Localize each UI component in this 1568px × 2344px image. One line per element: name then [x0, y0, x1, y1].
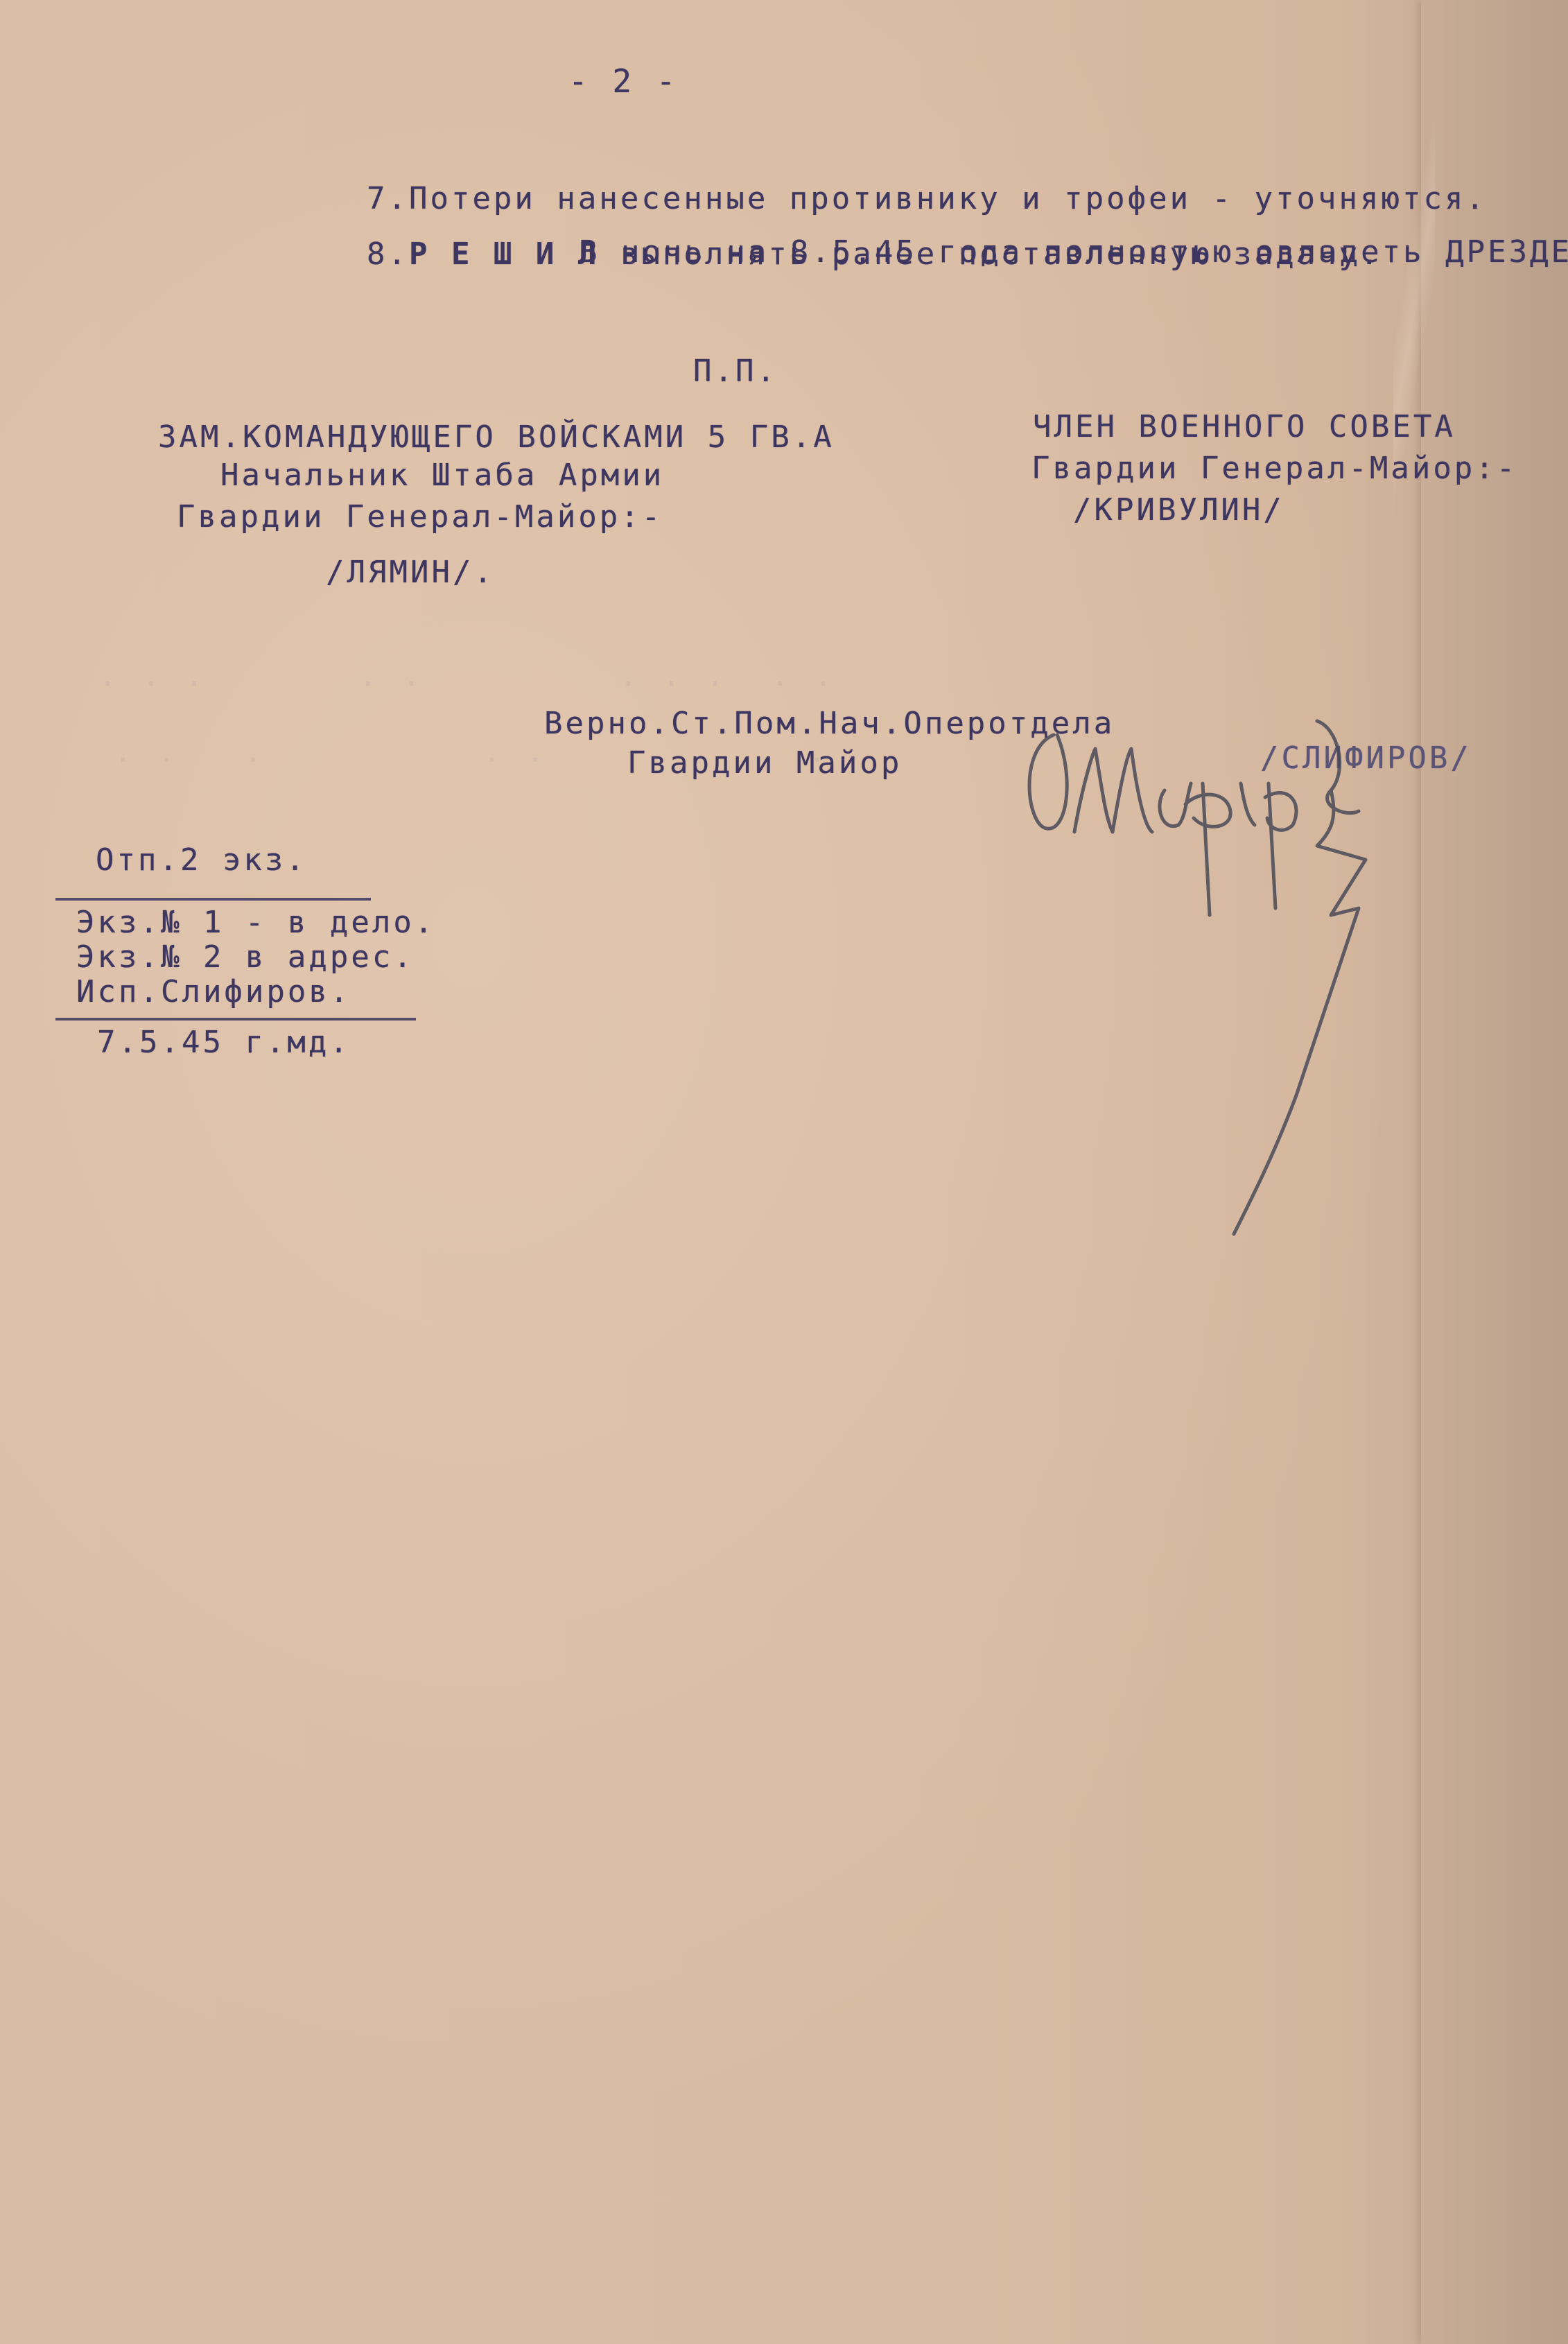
document-date: 7.5.45 г.мд. [97, 1025, 351, 1060]
signatory-right-rank: Гвардии Генерал-Майор:- [1031, 451, 1517, 486]
item-8-heading: Р Е Ш И Л [409, 236, 599, 272]
item-8-number: 8. [367, 236, 409, 272]
footer-rule-bottom [55, 1018, 416, 1021]
footer-rule-top [55, 898, 371, 901]
signatory-right-title: ЧЛЕН ВОЕННОГО СОВЕТА [1033, 409, 1456, 444]
signatory-left-name: /ЛЯМИН/. [326, 555, 495, 590]
executor: Исп.Слифиров. [76, 974, 351, 1009]
copy-1-destination: Экз.№ 1 - в дело. [76, 905, 435, 940]
signatory-left-position: Начальник Штаба Армии [220, 458, 664, 493]
bleed-through-text: . . . . . . . . . . [55, 659, 836, 693]
page-number: - 2 - [568, 62, 678, 100]
copies-count: Отп.2 экз. [96, 842, 307, 878]
signatory-left-rank: Гвардии Генерал-Майор:- [177, 499, 663, 535]
item-8-continuation: В ночь на 8.5.45 года полностью овладеть… [579, 234, 1568, 270]
certification-rank: Гвардии Майор [627, 745, 902, 781]
paper-crease [1393, 0, 1435, 624]
pp-marker: П.П. [693, 354, 778, 389]
signatory-left-title: ЗАМ.КОМАНДУЮЩЕГО ВОЙСКАМИ 5 ГВ.А [158, 419, 835, 455]
handwritten-signature [970, 707, 1386, 1276]
copy-2-destination: Экз.№ 2 в адрес. [76, 939, 415, 975]
page-edge [1421, 0, 1568, 2344]
signatory-right-name: /КРИВУЛИН/ [1073, 492, 1284, 528]
